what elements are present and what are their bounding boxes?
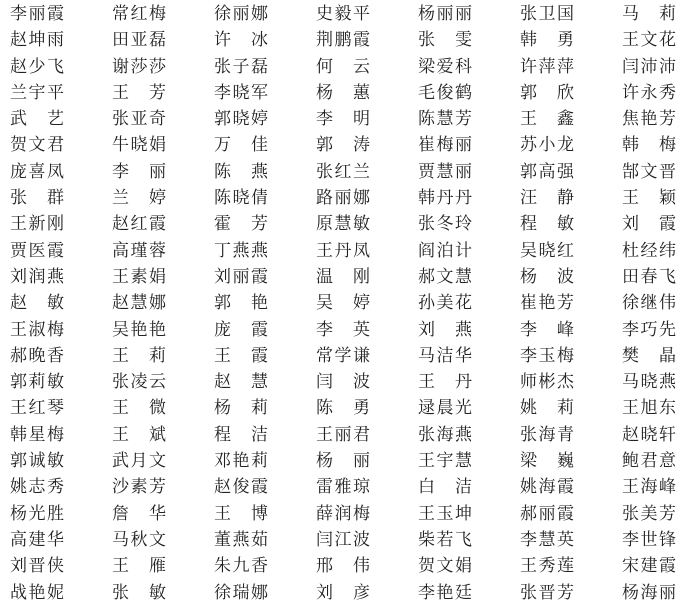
name-cell: 吴艳艳 bbox=[112, 317, 166, 343]
name-cell: 张敏 bbox=[112, 580, 166, 605]
name-cell: 兰宇平 bbox=[10, 80, 64, 106]
name-cell: 王微 bbox=[112, 395, 166, 421]
name-cell: 郝文慧 bbox=[418, 264, 472, 290]
name-cell: 吴晓红 bbox=[520, 238, 574, 264]
name-cell: 张子磊 bbox=[214, 54, 268, 80]
name-cell: 陈勇 bbox=[316, 395, 370, 421]
name-cell: 吴婷 bbox=[316, 290, 370, 316]
name-cell: 郭晓婷 bbox=[214, 106, 268, 132]
name-cell: 刘彦 bbox=[316, 580, 370, 605]
name-cell: 李丽 bbox=[112, 159, 166, 185]
name-cell: 原慧敏 bbox=[316, 211, 370, 237]
name-cell: 李巧先 bbox=[622, 317, 676, 343]
name-cell: 刘丽霞 bbox=[214, 264, 268, 290]
name-cell: 柴若飞 bbox=[418, 527, 472, 553]
name-cell: 温刚 bbox=[316, 264, 370, 290]
name-cell: 马洁华 bbox=[418, 343, 472, 369]
name-cell: 王丹凤 bbox=[316, 238, 370, 264]
name-cell: 白洁 bbox=[418, 474, 472, 500]
name-cell: 王玉坤 bbox=[418, 501, 472, 527]
name-cell: 李峰 bbox=[520, 317, 574, 343]
name-cell: 张群 bbox=[10, 185, 64, 211]
name-cell: 徐瑞娜 bbox=[214, 580, 268, 605]
name-cell: 王海峰 bbox=[622, 474, 676, 500]
name-cell: 杨波 bbox=[520, 264, 574, 290]
name-cell: 李晓军 bbox=[214, 80, 268, 106]
name-cell: 孙美花 bbox=[418, 290, 472, 316]
name-cell: 路丽娜 bbox=[316, 185, 370, 211]
name-cell: 何云 bbox=[316, 54, 370, 80]
name-cell: 苏小龙 bbox=[520, 132, 574, 158]
name-cell: 许萍萍 bbox=[520, 54, 574, 80]
name-cell: 杨丽 bbox=[316, 448, 370, 474]
name-cell: 赵慧 bbox=[214, 369, 268, 395]
name-cell: 郝晚香 bbox=[10, 343, 64, 369]
name-cell: 王霞 bbox=[214, 343, 268, 369]
name-cell: 张亚奇 bbox=[112, 106, 166, 132]
name-cell: 赵俊霞 bbox=[214, 474, 268, 500]
name-cell: 武艺 bbox=[10, 106, 64, 132]
name-cell: 毛俊鹤 bbox=[418, 80, 472, 106]
name-cell: 李丽霞 bbox=[10, 1, 64, 27]
name-cell: 刘霞 bbox=[622, 211, 676, 237]
name-cell: 李明 bbox=[316, 106, 370, 132]
name-cell: 郝丽霞 bbox=[520, 501, 574, 527]
name-cell: 程敏 bbox=[520, 211, 574, 237]
name-cell: 刘燕 bbox=[418, 317, 472, 343]
name-cell: 刘晋侠 bbox=[10, 553, 64, 579]
name-cell: 常学谦 bbox=[316, 343, 370, 369]
name-cell: 刘润燕 bbox=[10, 264, 64, 290]
name-cell: 张美芳 bbox=[622, 501, 676, 527]
name-cell: 贺文君 bbox=[10, 132, 64, 158]
name-cell: 雷雅琼 bbox=[316, 474, 370, 500]
name-cell: 王素娟 bbox=[112, 264, 166, 290]
name-cell: 陈慧芳 bbox=[418, 106, 472, 132]
name-cell: 李世锋 bbox=[622, 527, 676, 553]
name-cell: 王颖 bbox=[622, 185, 676, 211]
name-cell: 王新刚 bbox=[10, 211, 64, 237]
name-cell: 杨光胜 bbox=[10, 501, 64, 527]
name-cell: 姚莉 bbox=[520, 395, 574, 421]
name-cell: 赵慧娜 bbox=[112, 290, 166, 316]
name-cell: 张冬玲 bbox=[418, 211, 472, 237]
name-cell: 崔梅丽 bbox=[418, 132, 472, 158]
name-cell: 战艳妮 bbox=[10, 580, 64, 605]
name-cell: 丁燕燕 bbox=[214, 238, 268, 264]
name-cell: 闫沛沛 bbox=[622, 54, 676, 80]
name-cell: 张卫国 bbox=[520, 1, 574, 27]
name-cell: 高瑾蓉 bbox=[112, 238, 166, 264]
name-cell: 宋建霞 bbox=[622, 553, 676, 579]
name-cell: 张晋芳 bbox=[520, 580, 574, 605]
name-cell: 杨海丽 bbox=[622, 580, 676, 605]
name-cell: 薛润梅 bbox=[316, 501, 370, 527]
name-cell: 徐丽娜 bbox=[214, 1, 268, 27]
name-cell: 姚志秀 bbox=[10, 474, 64, 500]
name-cell: 邓艳莉 bbox=[214, 448, 268, 474]
name-cell: 张雯 bbox=[418, 27, 472, 53]
name-cell: 詹华 bbox=[112, 501, 166, 527]
name-cell: 郭诚敏 bbox=[10, 448, 64, 474]
name-cell: 韩勇 bbox=[520, 27, 574, 53]
name-cell: 马莉 bbox=[622, 1, 676, 27]
name-cell: 王文花 bbox=[622, 27, 676, 53]
name-cell: 霍芳 bbox=[214, 211, 268, 237]
name-cell: 贾慧丽 bbox=[418, 159, 472, 185]
name-cell: 张海燕 bbox=[418, 422, 472, 448]
name-cell: 武月文 bbox=[112, 448, 166, 474]
name-cell: 张海青 bbox=[520, 422, 574, 448]
name-cell: 程洁 bbox=[214, 422, 268, 448]
name-cell: 荆鹏霞 bbox=[316, 27, 370, 53]
name-cell: 阎泊计 bbox=[418, 238, 472, 264]
name-cell: 韩星梅 bbox=[10, 422, 64, 448]
name-cell: 郭高强 bbox=[520, 159, 574, 185]
name-cell: 焦艳芳 bbox=[622, 106, 676, 132]
name-cell: 王旭东 bbox=[622, 395, 676, 421]
name-cell: 汪静 bbox=[520, 185, 574, 211]
name-cell: 邢伟 bbox=[316, 553, 370, 579]
name-cell: 梁巍 bbox=[520, 448, 574, 474]
name-cell: 董燕茹 bbox=[214, 527, 268, 553]
name-cell: 李英 bbox=[316, 317, 370, 343]
name-cell: 杜经纬 bbox=[622, 238, 676, 264]
name-cell: 李玉梅 bbox=[520, 343, 574, 369]
name-cell: 赵晓轩 bbox=[622, 422, 676, 448]
name-cell: 牛晓娟 bbox=[112, 132, 166, 158]
name-cell: 师彬杰 bbox=[520, 369, 574, 395]
name-cell: 王红琴 bbox=[10, 395, 64, 421]
name-cell: 田亚磊 bbox=[112, 27, 166, 53]
name-cell: 许冰 bbox=[214, 27, 268, 53]
name-cell: 王芳 bbox=[112, 80, 166, 106]
name-cell: 贾医霞 bbox=[10, 238, 64, 264]
name-cell: 张凌云 bbox=[112, 369, 166, 395]
name-cell: 赵少飞 bbox=[10, 54, 64, 80]
name-cell: 庞霞 bbox=[214, 317, 268, 343]
name-cell: 王丽君 bbox=[316, 422, 370, 448]
name-cell: 鲍君意 bbox=[622, 448, 676, 474]
name-cell: 梁爱科 bbox=[418, 54, 472, 80]
name-cell: 王秀莲 bbox=[520, 553, 574, 579]
name-cell: 徐继伟 bbox=[622, 290, 676, 316]
name-cell: 郜文晋 bbox=[622, 159, 676, 185]
name-cell: 闫波 bbox=[316, 369, 370, 395]
name-cell: 韩梅 bbox=[622, 132, 676, 158]
name-cell: 陈晓倩 bbox=[214, 185, 268, 211]
name-cell: 郭莉敏 bbox=[10, 369, 64, 395]
name-cell: 韩丹丹 bbox=[418, 185, 472, 211]
name-cell: 田春飞 bbox=[622, 264, 676, 290]
name-cell: 王斌 bbox=[112, 422, 166, 448]
name-cell: 王博 bbox=[214, 501, 268, 527]
name-cell: 谢莎莎 bbox=[112, 54, 166, 80]
name-cell: 史毅平 bbox=[316, 1, 370, 27]
name-cell: 贺文娟 bbox=[418, 553, 472, 579]
name-cell: 杨莉 bbox=[214, 395, 268, 421]
name-cell: 王鑫 bbox=[520, 106, 574, 132]
name-cell: 马秋文 bbox=[112, 527, 166, 553]
name-cell: 张红兰 bbox=[316, 159, 370, 185]
name-cell: 姚海霞 bbox=[520, 474, 574, 500]
name-cell: 郭涛 bbox=[316, 132, 370, 158]
name-cell: 杨蕙 bbox=[316, 80, 370, 106]
name-cell: 高建华 bbox=[10, 527, 64, 553]
name-cell: 沙素芳 bbox=[112, 474, 166, 500]
name-cell: 郭欣 bbox=[520, 80, 574, 106]
name-cell: 王雁 bbox=[112, 553, 166, 579]
name-cell: 万佳 bbox=[214, 132, 268, 158]
name-cell: 王宇慧 bbox=[418, 448, 472, 474]
name-cell: 许永秀 bbox=[622, 80, 676, 106]
name-cell: 常红梅 bbox=[112, 1, 166, 27]
name-cell: 李慧英 bbox=[520, 527, 574, 553]
name-cell: 王莉 bbox=[112, 343, 166, 369]
name-cell: 马晓燕 bbox=[622, 369, 676, 395]
name-cell: 郭艳 bbox=[214, 290, 268, 316]
name-cell: 逯晨光 bbox=[418, 395, 472, 421]
name-cell: 赵红霞 bbox=[112, 211, 166, 237]
name-cell: 赵敏 bbox=[10, 290, 64, 316]
name-cell: 赵坤雨 bbox=[10, 27, 64, 53]
name-cell: 王丹 bbox=[418, 369, 472, 395]
name-cell: 樊晶 bbox=[622, 343, 676, 369]
name-cell: 杨丽丽 bbox=[418, 1, 472, 27]
name-cell: 庞喜凤 bbox=[10, 159, 64, 185]
name-list-grid: 李丽霞常红梅徐丽娜史毅平杨丽丽张卫国马莉赵坤雨田亚磊许冰荆鹏霞张雯韩勇王文花赵少… bbox=[10, 1, 684, 605]
name-cell: 王淑梅 bbox=[10, 317, 64, 343]
name-cell: 崔艳芳 bbox=[520, 290, 574, 316]
name-cell: 闫江波 bbox=[316, 527, 370, 553]
name-cell: 朱九香 bbox=[214, 553, 268, 579]
name-cell: 李艳廷 bbox=[418, 580, 472, 605]
name-cell: 陈燕 bbox=[214, 159, 268, 185]
name-cell: 兰婷 bbox=[112, 185, 166, 211]
